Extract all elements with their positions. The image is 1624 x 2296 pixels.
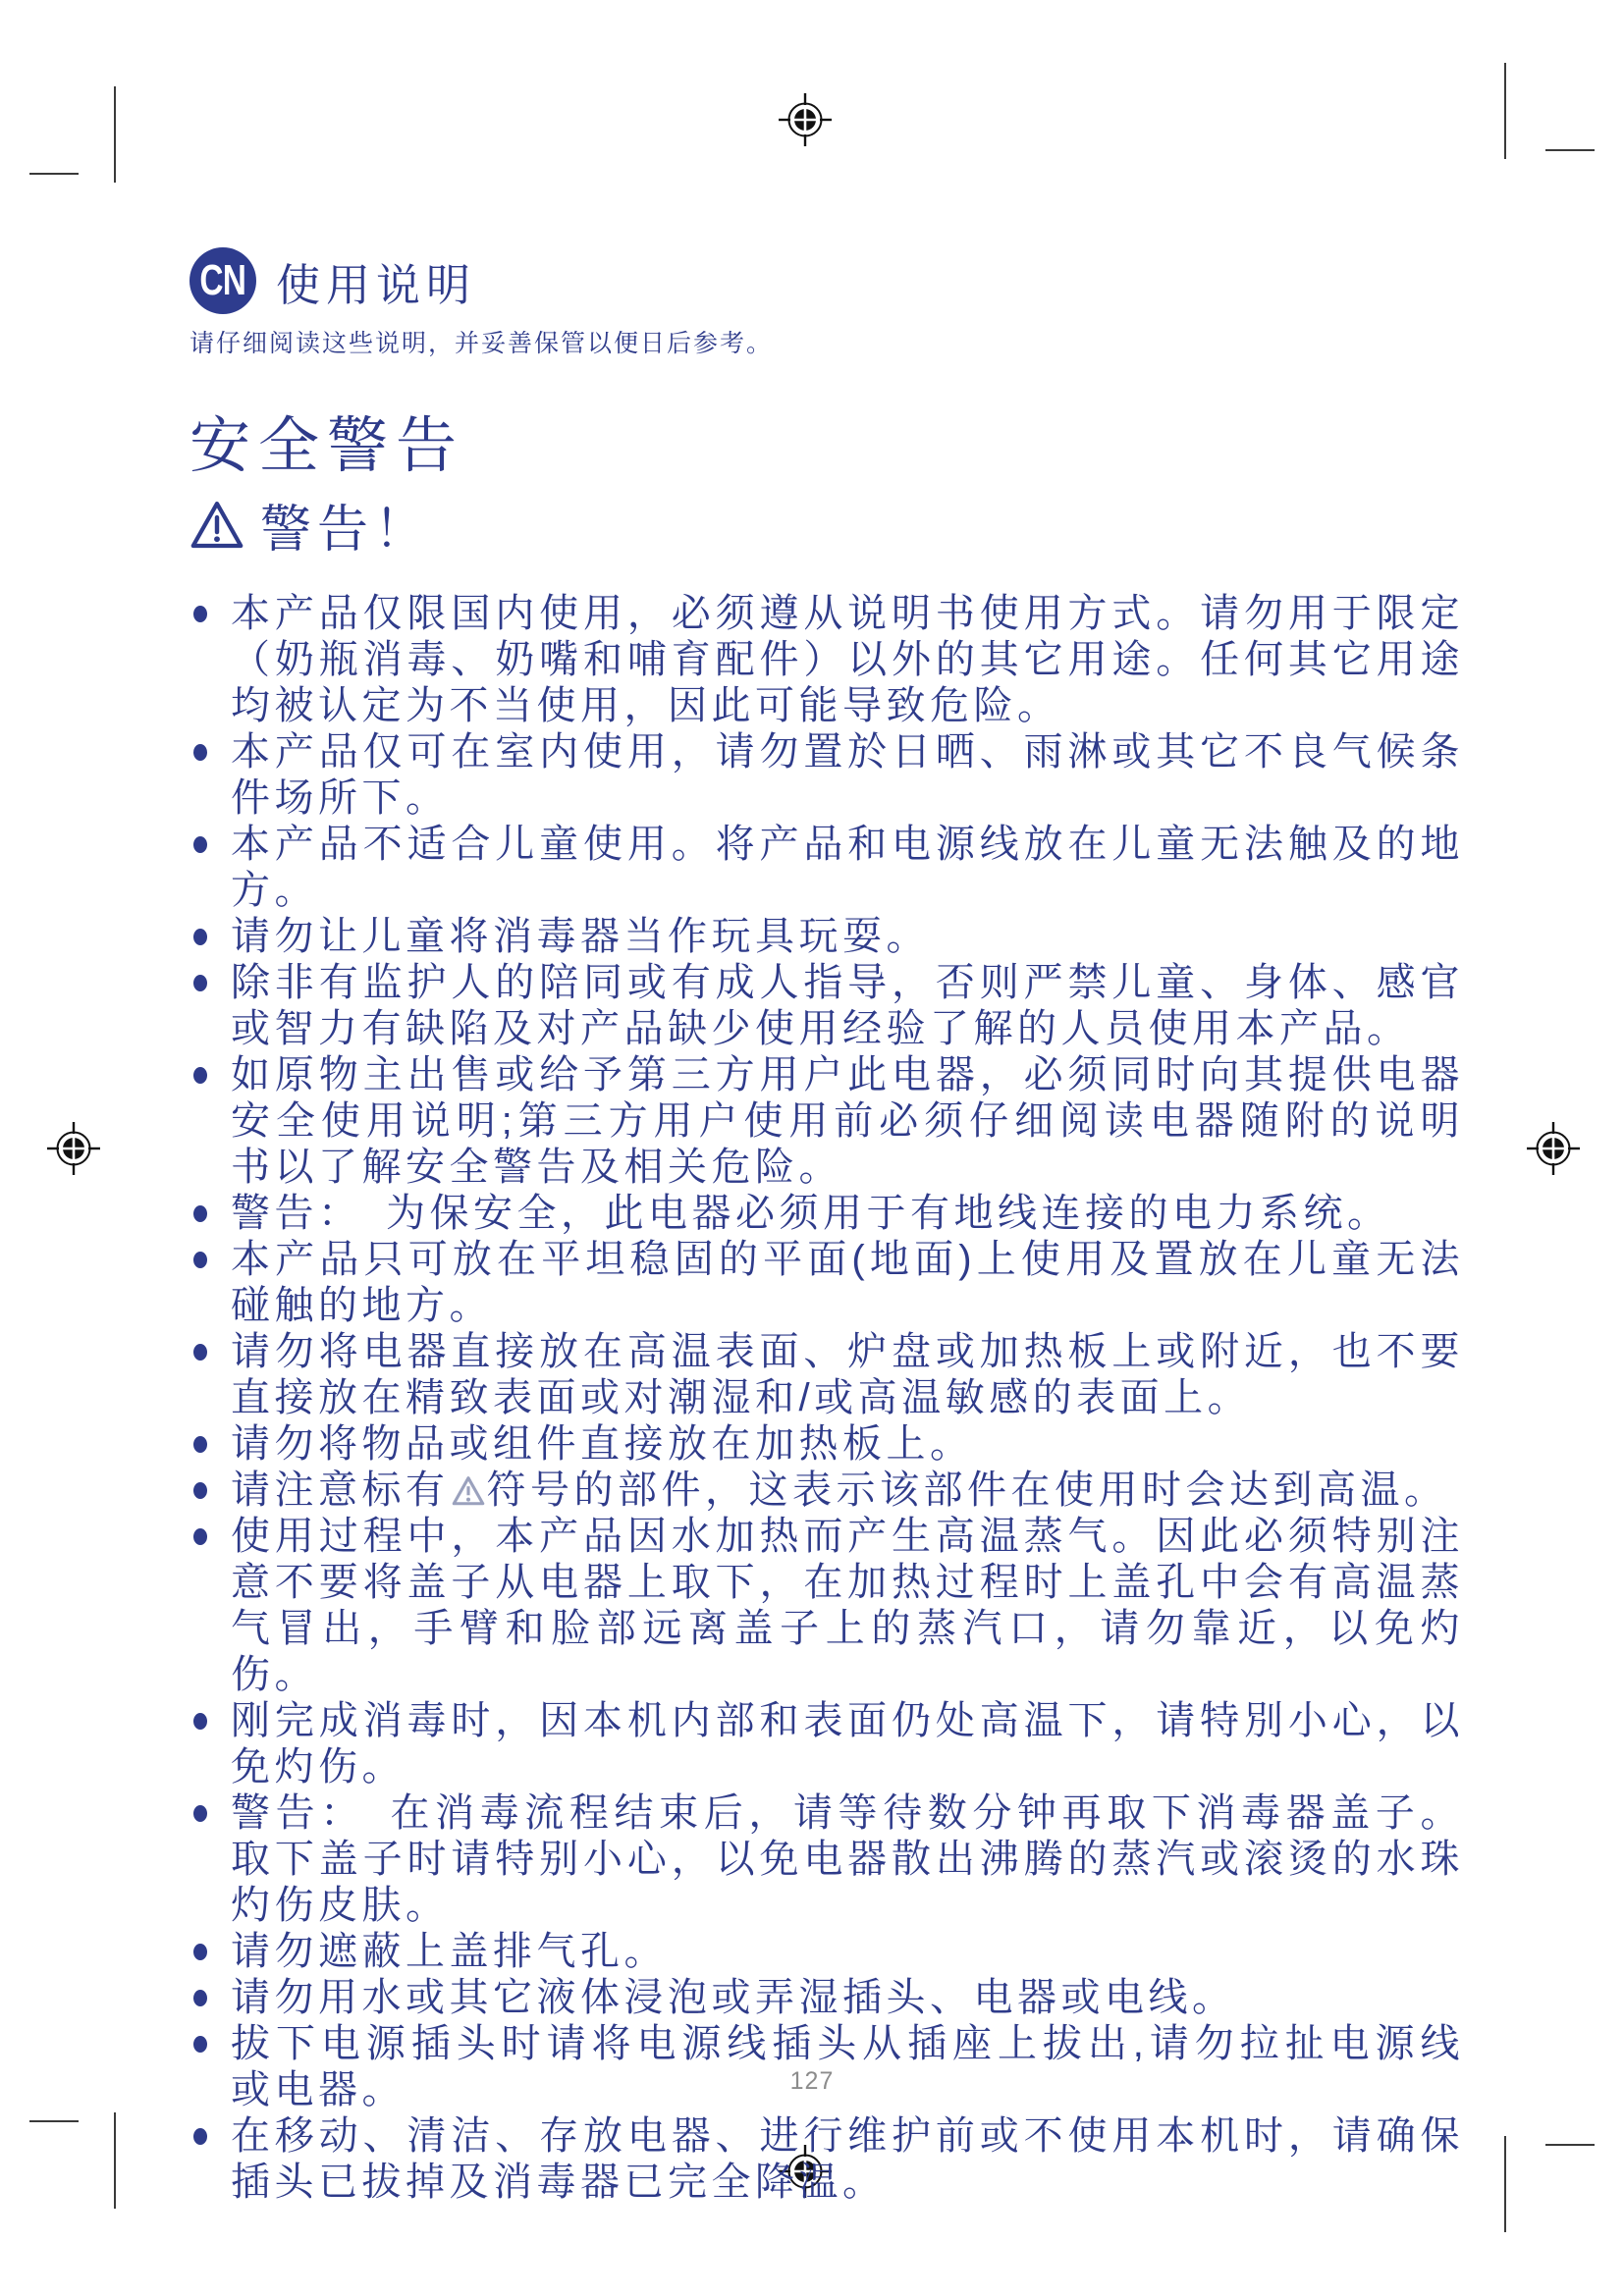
warning-text: 如原物主出售或给予第三方用户此电器，必须同时向其提供电器安全使用说明;第三方用户…	[231, 1053, 1464, 1189]
warning-list-item: 请勿让儿童将消毒器当作玩具玩耍。	[189, 914, 1464, 960]
warning-text: 警告： 在消毒流程结束后，请等待数分钟再取下消毒器盖子。取下盖子时请特别小心，以…	[231, 1791, 1464, 1927]
warning-text: 请勿将电器直接放在高温表面、炉盘或加热板上或附近，也不要直接放在精致表面或对潮湿…	[231, 1330, 1464, 1419]
warning-text: 警告： 为保安全，此电器必须用于有地线连接的电力系统。	[231, 1192, 1391, 1235]
warning-list-item: 刚完成消毒时，因本机内部和表面仍处高温下，请特別小心，以免灼伤。	[189, 1698, 1464, 1790]
trim-mark	[1504, 2136, 1506, 2232]
page-number: 127	[0, 2067, 1624, 2096]
warning-heading: 警告！	[189, 488, 1464, 561]
trim-mark	[114, 86, 116, 183]
warning-list-item: 本产品不适合儿童使用。将产品和电源线放在儿童无法触及的地方。	[189, 822, 1464, 914]
trim-mark	[29, 173, 79, 175]
section-heading: 安全警告	[189, 414, 1464, 478]
registration-target-icon	[1526, 1121, 1581, 1176]
page-content: CN 使用说明 请仔细阅读这些说明，并妥善保管以便日后参考。 安全警告 警告！ …	[189, 247, 1464, 2206]
warning-list-item: 本产品仅限国内使用，必须遵从说明书使用方式。请勿用于限定（奶瓶消毒、奶嘴和哺育配…	[189, 591, 1464, 729]
bullet-dot	[193, 2036, 207, 2053]
warning-list-item: 除非有监护人的陪同或有成人指导，否则严禁儿童、身体、感官或智力有缺陷及对产品缺少…	[189, 960, 1464, 1052]
warning-text: 请勿遮蔽上盖排气孔。	[231, 1930, 668, 1973]
bullet-dot	[193, 1205, 207, 1222]
warning-list-item: 请勿遮蔽上盖排气孔。	[189, 1929, 1464, 1975]
cn-language-badge: CN	[189, 247, 256, 314]
trim-mark	[29, 2120, 79, 2122]
warning-list-item: 警告： 在消毒流程结束后，请等待数分钟再取下消毒器盖子。取下盖子时请特别小心，以…	[189, 1790, 1464, 1929]
warning-text: 请勿让儿童将消毒器当作玩具玩耍。	[231, 915, 930, 958]
cn-language-badge-label: CN	[200, 256, 246, 305]
warning-text: 本产品只可放在平坦稳固的平面(地面)上使用及置放在儿童无法碰触的地方。	[231, 1238, 1464, 1327]
warning-triangle-icon	[452, 1474, 485, 1508]
bullet-dot	[193, 1436, 207, 1453]
bullet-dot	[193, 606, 207, 622]
registration-target-icon	[46, 1121, 101, 1176]
warning-list-item: 在移动、清洁、存放电器、进行维护前或不使用本机时，请确保插头已拔掉及消毒器已完全…	[189, 2113, 1464, 2206]
language-header: CN 使用说明	[189, 247, 1464, 314]
warning-list-item: 如原物主出售或给予第三方用户此电器，必须同时向其提供电器安全使用说明;第三方用户…	[189, 1052, 1464, 1191]
warning-text: 请勿用水或其它液体浸泡或弄湿插头、电器或电线。	[231, 1976, 1236, 2019]
warning-triangle-icon	[189, 498, 244, 553]
bullet-dot	[193, 929, 207, 945]
warning-text: 本产品不适合儿童使用。将产品和电源线放在儿童无法触及的地方。	[231, 823, 1464, 912]
manual-page: CN 使用说明 请仔细阅读这些说明，并妥善保管以便日后参考。 安全警告 警告！ …	[0, 0, 1624, 2296]
document-title: 使用说明	[276, 249, 476, 313]
bullet-dot	[193, 1805, 207, 1822]
bullet-dot	[193, 1713, 207, 1730]
warning-text: 除非有监护人的陪同或有成人指导，否则严禁儿童、身体、感官或智力有缺陷及对产品缺少…	[231, 961, 1464, 1050]
warning-text: 请勿将物品或组件直接放在加热板上。	[231, 1422, 974, 1466]
bullet-dot	[193, 836, 207, 853]
warning-list-item: 请勿用水或其它液体浸泡或弄湿插头、电器或电线。	[189, 1975, 1464, 2021]
bullet-dot	[193, 1067, 207, 1084]
warning-text: 在移动、清洁、存放电器、进行维护前或不使用本机时，请确保插头已拔掉及消毒器已完全…	[231, 2114, 1464, 2204]
warning-text: 刚完成消毒时，因本机内部和表面仍处高温下，请特別小心，以免灼伤。	[231, 1699, 1464, 1789]
warning-list-item: 请勿将电器直接放在高温表面、炉盘或加热板上或附近，也不要直接放在精致表面或对潮湿…	[189, 1329, 1464, 1421]
safety-warning-list: 本产品仅限国内使用，必须遵从说明书使用方式。请勿用于限定（奶瓶消毒、奶嘴和哺育配…	[189, 591, 1464, 2206]
warning-list-item: 警告： 为保安全，此电器必须用于有地线连接的电力系统。	[189, 1191, 1464, 1237]
bullet-dot	[193, 744, 207, 761]
warning-text: 本产品仅可在室内使用，请勿置於日晒、雨淋或其它不良气候条件场所下。	[231, 730, 1464, 820]
warning-text: 本产品仅限国内使用，必须遵从说明书使用方式。请勿用于限定（奶瓶消毒、奶嘴和哺育配…	[231, 592, 1464, 727]
bullet-dot	[193, 1344, 207, 1361]
warning-heading-label: 警告！	[260, 488, 431, 561]
bullet-dot	[193, 1252, 207, 1268]
document-subtitle: 请仔细阅读这些说明，并妥善保管以便日后参考。	[189, 324, 1464, 359]
bullet-dot	[193, 1990, 207, 2006]
trim-mark	[1545, 2144, 1595, 2146]
warning-text: 使用过程中，本产品因水加热而产生高温蒸气。因此必须特别注意不要将盖子从电器上取下…	[231, 1515, 1464, 1696]
registration-target-icon	[778, 92, 833, 147]
bullet-dot	[193, 2128, 207, 2145]
trim-mark	[1545, 149, 1595, 151]
trim-mark	[114, 2112, 116, 2209]
warning-text: 请注意标有符号的部件，这表示该部件在使用时会达到高温。	[231, 1468, 1448, 1512]
bullet-dot	[193, 1482, 207, 1499]
bullet-dot	[193, 1944, 207, 1960]
bullet-dot	[193, 975, 207, 991]
warning-list-item: 本产品只可放在平坦稳固的平面(地面)上使用及置放在儿童无法碰触的地方。	[189, 1237, 1464, 1329]
warning-list-item: 请注意标有符号的部件，这表示该部件在使用时会达到高温。	[189, 1468, 1464, 1514]
trim-mark	[1504, 63, 1506, 159]
warning-list-item: 本产品仅可在室内使用，请勿置於日晒、雨淋或其它不良气候条件场所下。	[189, 729, 1464, 822]
warning-list-item: 请勿将物品或组件直接放在加热板上。	[189, 1421, 1464, 1468]
bullet-dot	[193, 1528, 207, 1545]
warning-list-item: 使用过程中，本产品因水加热而产生高温蒸气。因此必须特别注意不要将盖子从电器上取下…	[189, 1514, 1464, 1698]
